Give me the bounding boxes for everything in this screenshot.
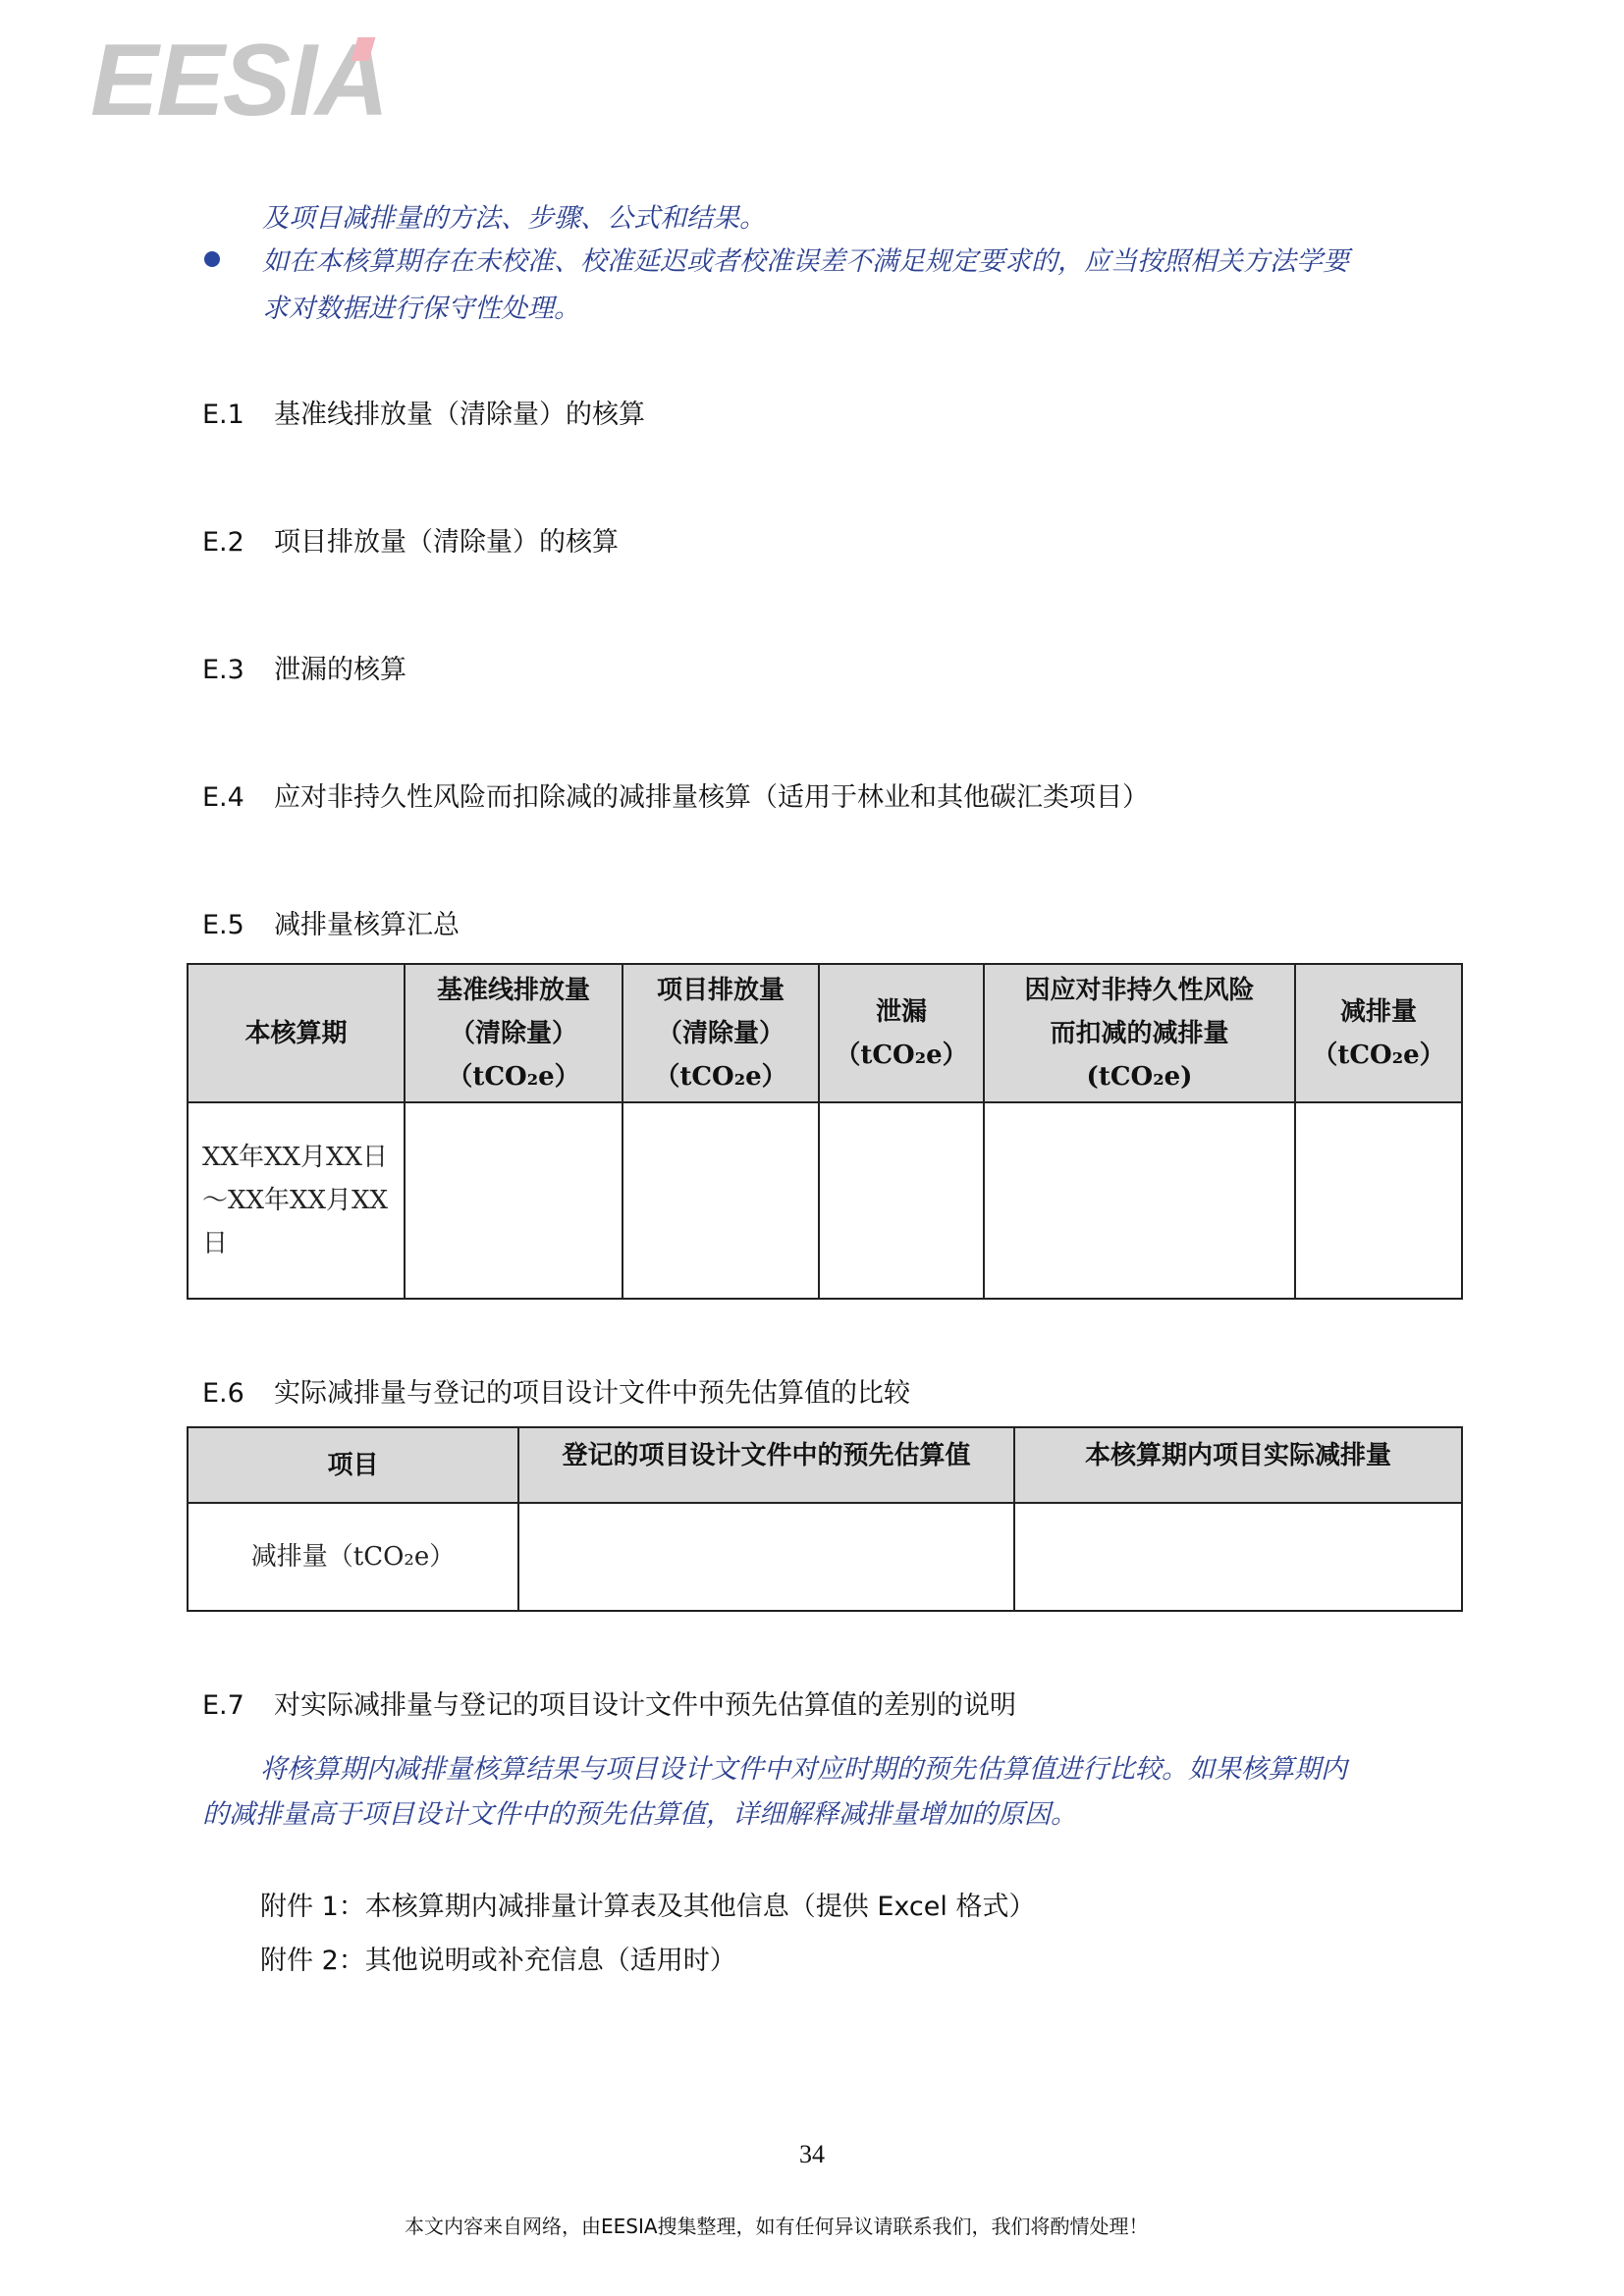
section-title: 泄漏的核算	[274, 655, 406, 685]
cell-leakage-value	[819, 1102, 984, 1299]
guidance-bullet-line-1: 如在本核算期存在未校准、校准延迟或者校准误差不满足规定要求的，应当按照相关方法学…	[262, 240, 1349, 278]
header-cell-period: 本核算期	[188, 964, 405, 1102]
header-cell-registered-estimate: 登记的项目设计文件中的预先估算值	[518, 1427, 1014, 1503]
cell-item-label: 减排量（tCO₂e）	[188, 1503, 518, 1611]
header-line: 基准线排放量	[406, 969, 622, 1012]
header-cell-emission-reductions: 减排量 （tCO₂e）	[1295, 964, 1462, 1102]
bullet-dot-icon	[204, 251, 220, 267]
header-line: 而扣减的减排量	[985, 1012, 1294, 1055]
header-line: （tCO₂e）	[820, 1034, 983, 1077]
header-line: （清除量）	[623, 1012, 818, 1055]
guidance-continued-line: 及项目减排量的方法、步骤、公式和结果。	[262, 196, 766, 235]
section-number: E.3	[202, 655, 274, 685]
cell-period-value: XX年XX月XX日～XX年XX月XX日	[188, 1102, 405, 1299]
estimate-comparison-table: 项目 登记的项目设计文件中的预先估算值 本核算期内项目实际减排量 减排量（tCO…	[187, 1426, 1463, 1612]
section-heading-e6: E.6实际减排量与登记的项目设计文件中预先估算值的比较	[202, 1371, 910, 1410]
annex-2: 附件 2：其他说明或补充信息（适用时）	[260, 1939, 736, 1977]
header-cell-non-permanence-deduction: 因应对非持久性风险 而扣减的减排量 (tCO₂e)	[984, 964, 1295, 1102]
section-number: E.1	[202, 400, 274, 430]
section-number: E.2	[202, 527, 274, 558]
header-cell-baseline-emissions: 基准线排放量 （清除量） （tCO₂e）	[405, 964, 623, 1102]
eesia-logo: EESIA	[90, 29, 387, 132]
table-row: XX年XX月XX日～XX年XX月XX日	[188, 1102, 1462, 1299]
table-row: 减排量（tCO₂e）	[188, 1503, 1462, 1611]
section-title: 对实际减排量与登记的项目设计文件中预先估算值的差别的说明	[274, 1690, 1016, 1721]
table-header-row: 项目 登记的项目设计文件中的预先估算值 本核算期内项目实际减排量	[188, 1427, 1462, 1503]
section-number: E.4	[202, 782, 274, 813]
section-title: 应对非持久性风险而扣除减的减排量核算（适用于林业和其他碳汇类项目）	[274, 782, 1149, 813]
section-heading-e3: E.3泄漏的核算	[202, 648, 406, 686]
explanation-line-1: 将核算期内减排量核算结果与项目设计文件中对应时期的预先估算值进行比较。如果核算期…	[260, 1747, 1347, 1786]
cell-reduction-value	[1295, 1102, 1462, 1299]
header-cell-project-emissions: 项目排放量 （清除量） （tCO₂e）	[623, 964, 819, 1102]
header-cell-leakage: 泄漏 （tCO₂e）	[819, 964, 984, 1102]
header-line: 泄漏	[820, 990, 983, 1034]
emission-reduction-summary-table: 本核算期 基准线排放量 （清除量） （tCO₂e） 项目排放量 （清除量） （t…	[187, 963, 1463, 1300]
header-line: 本核算期	[189, 1012, 404, 1055]
header-cell-item: 项目	[188, 1427, 518, 1503]
section-heading-e1: E.1基准线排放量（清除量）的核算	[202, 393, 645, 431]
header-line: （tCO₂e）	[1296, 1034, 1461, 1077]
section-title: 项目排放量（清除量）的核算	[274, 527, 619, 558]
section-heading-e2: E.2项目排放量（清除量）的核算	[202, 520, 619, 559]
explanation-line-2: 的减排量高于项目设计文件中的预先估算值，详细解释减排量增加的原因。	[202, 1792, 1077, 1831]
header-line: （tCO₂e）	[406, 1055, 622, 1098]
section-number: E.7	[202, 1690, 274, 1721]
footer-notice: 本文内容来自网络，由EESIA搜集整理，如有任何异议请联系我们，我们将酌情处理！	[405, 2211, 1149, 2239]
header-line: 减排量	[1296, 990, 1461, 1034]
logo-text: EESIA	[90, 24, 387, 137]
cell-registered-estimate-value	[518, 1503, 1014, 1611]
cell-project-value	[623, 1102, 819, 1299]
cell-baseline-value	[405, 1102, 623, 1299]
cell-actual-reductions-value	[1014, 1503, 1462, 1611]
section-heading-e7: E.7对实际减排量与登记的项目设计文件中预先估算值的差别的说明	[202, 1683, 1016, 1722]
section-number: E.6	[202, 1378, 274, 1409]
header-line: （tCO₂e）	[623, 1055, 818, 1098]
header-line: 项目排放量	[623, 969, 818, 1012]
guidance-bullet-line-2: 求对数据进行保守性处理。	[262, 287, 580, 325]
page-number: 34	[792, 2140, 832, 2169]
section-number: E.5	[202, 910, 274, 940]
section-heading-e4: E.4应对非持久性风险而扣除减的减排量核算（适用于林业和其他碳汇类项目）	[202, 775, 1149, 814]
section-title: 基准线排放量（清除量）的核算	[274, 400, 645, 430]
header-line: （清除量）	[406, 1012, 622, 1055]
header-line: 因应对非持久性风险	[985, 969, 1294, 1012]
section-title: 减排量核算汇总	[274, 910, 460, 940]
section-heading-e5: E.5减排量核算汇总	[202, 903, 460, 941]
cell-deduction-value	[984, 1102, 1295, 1299]
table-header-row: 本核算期 基准线排放量 （清除量） （tCO₂e） 项目排放量 （清除量） （t…	[188, 964, 1462, 1102]
header-line: (tCO₂e)	[985, 1055, 1294, 1098]
header-cell-actual-reductions: 本核算期内项目实际减排量	[1014, 1427, 1462, 1503]
annex-1: 附件 1：本核算期内减排量计算表及其他信息（提供 Excel 格式）	[260, 1885, 1035, 1923]
section-title: 实际减排量与登记的项目设计文件中预先估算值的比较	[274, 1378, 910, 1409]
